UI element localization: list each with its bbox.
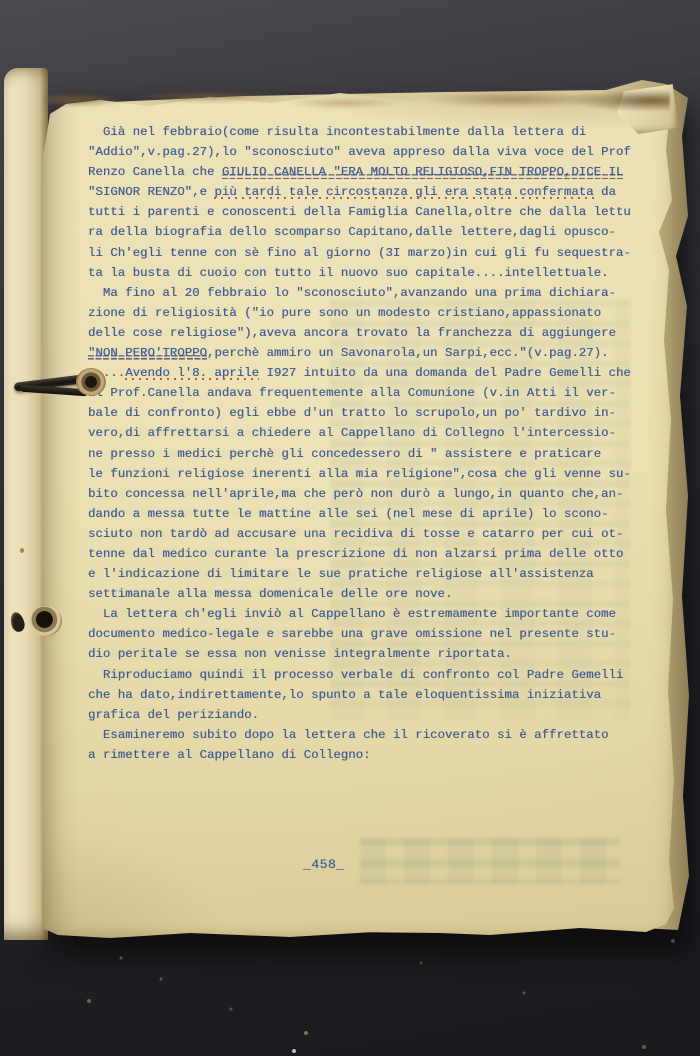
typewritten-line: sciuto non tardò ad accusare una recidiv… [88,524,648,544]
text-segment: Ma fino al 20 febbraio lo "sconosciuto",… [88,286,616,300]
text-segment: ne presso i medici perchè gli concedesse… [88,447,601,461]
text-segment: dio peritale se essa non venisse integra… [88,647,512,661]
text-segment: "SIGNOR RENZO",e [88,185,214,199]
text-segment: tenne dal medico curante la prescrizione… [88,547,623,561]
fastener-pin [9,611,27,634]
typewritten-line: che ha dato,indirettamente,lo spunto a t… [88,685,648,705]
typewritten-line: "NON PERO'TROPPO,perchè ammiro un Savona… [88,343,648,363]
typewritten-line: dio peritale se essa non venisse integra… [88,644,648,664]
text-segment: tutti i parenti e conoscenti della Famig… [88,205,631,219]
ink-speck [20,548,24,553]
typewritten-text: Già nel febbraio(come risulta incontesta… [88,122,648,765]
text-segment: bale di confronto) egli ebbe d'un tratto… [88,406,616,420]
showthrough-text-ghost [360,838,620,884]
typewritten-line: vero,di affrettarsi a chiedere al Cappel… [88,423,648,443]
text-segment: ,perchè ammiro un Savonarola,un Sarpi,ec… [207,346,609,360]
text-segment: dando a messa tutte le mattine alle sei … [88,507,609,521]
typewritten-line: delle cose religiose"),aveva ancora trov… [88,323,648,343]
text-segment: "Addio",v.pag.27),lo "sconosciuto" aveva… [88,145,631,159]
paragraph-5: Riproduciamo quindi il processo verbale … [88,665,648,725]
typewritten-line: Riproduciamo quindi il processo verbale … [88,665,648,685]
typewritten-line: ...Avendo l'8. aprile I927 intuito da un… [88,363,648,383]
text-segment: I927 intuito da una domanda del Padre Ge… [259,366,631,380]
typewritten-line: Renzo Canella che GIULIO CANELLA "ERA MO… [88,162,648,182]
book-spine-edge [4,68,48,940]
typewritten-line: e l'indicazione di limitare le sue prati… [88,564,648,584]
text-segment: sciuto non tardò ad accusare una recidiv… [88,527,623,541]
typewritten-line: "SIGNOR RENZO",e più tardi tale circosta… [88,182,648,202]
paragraph-1: Già nel febbraio(come risulta incontesta… [88,122,648,283]
text-segment: zione di religiosità ("io pure sono un m… [88,306,601,320]
typewritten-line: ne presso i medici perchè gli concedesse… [88,444,648,464]
typewritten-line: documento medico-legale e sarebbe una gr… [88,624,648,644]
typewritten-line: ra della biografia dello scomparso Capit… [88,222,648,242]
typewritten-line: li Ch'egli tenne con sè fino al giorno (… [88,243,648,263]
text-segment: e l'indicazione di limitare le sue prati… [88,567,594,581]
typewritten-line: Ma fino al 20 febbraio lo "sconosciuto",… [88,283,648,303]
paragraph-3: ...Avendo l'8. aprile I927 intuito da un… [88,363,648,604]
text-segment: delle cose religiose"),aveva ancora trov… [88,326,616,340]
text-segment: ta la busta di cuoio con tutto il nuovo … [88,266,609,280]
dust-speck [0,0,2,2]
typewritten-line: a rimettere al Cappellano di Collegno: [88,745,648,765]
typewritten-line: Esamineremo subito dopo la lettera che i… [88,725,648,745]
text-segment: vero,di affrettarsi a chiedere al Cappel… [88,426,616,440]
dotted-underlined-text: Avendo l'8. aprile [125,366,259,380]
text-segment: le funzioni religiose inerenti alla mia … [88,467,631,481]
typewritten-line: tutti i parenti e conoscenti della Famig… [88,202,648,222]
emphasized-underlined-text: GIULIO CANELLA "ERA MOLTO RELIGIOSO,FIN … [222,165,624,179]
fastener-hole [30,606,62,636]
typewritten-line: dando a messa tutte le mattine alle sei … [88,504,648,524]
text-segment: a rimettere al Cappellano di Collegno: [88,748,371,762]
text-segment: La lettera ch'egli inviò al Cappellano è… [88,607,616,621]
typewritten-line: "Addio",v.pag.27),lo "sconosciuto" aveva… [88,142,648,162]
text-segment: grafica del periziando. [88,708,259,722]
text-segment: Riproduciamo quindi il processo verbale … [88,668,623,682]
typewritten-line: bito concessa nell'aprile,ma che però no… [88,484,648,504]
binder-fastener-top [14,364,118,410]
paragraph-4: La lettera ch'egli inviò al Cappellano è… [88,604,648,664]
text-segment: bito concessa nell'aprile,ma che però no… [88,487,623,501]
text-segment: da [594,185,616,199]
text-segment: che ha dato,indirettamente,lo spunto a t… [88,688,601,702]
page-number: _458_ [303,857,345,872]
typewritten-line: zione di religiosità ("io pure sono un m… [88,303,648,323]
typewritten-line: tenne dal medico curante la prescrizione… [88,544,648,564]
text-segment: ra della biografia dello scomparso Capit… [88,225,616,239]
typewritten-line: il Prof.Canella andava frequentemente al… [88,383,648,403]
document-photo: Già nel febbraio(come risulta incontesta… [0,0,700,1056]
dotted-underlined-text: più tardi tale circostanza gli era stata… [214,185,593,199]
typewritten-line: grafica del periziando. [88,705,648,725]
typewritten-line: ta la busta di cuoio con tutto il nuovo … [88,263,648,283]
typewritten-line: Già nel febbraio(come risulta incontesta… [88,122,648,142]
text-segment: Esamineremo subito dopo la lettera che i… [88,728,609,742]
text-segment: settimanale alla messa domenicale delle … [88,587,452,601]
typewritten-line: bale di confronto) egli ebbe d'un tratto… [88,403,648,423]
paragraph-6: Esamineremo subito dopo la lettera che i… [88,725,648,765]
paragraph-2: Ma fino al 20 febbraio lo "sconosciuto",… [88,283,648,363]
fastener-hole [76,368,106,396]
typewritten-line: settimanale alla messa domenicale delle … [88,584,648,604]
text-segment: documento medico-legale e sarebbe una gr… [88,627,616,641]
typewritten-line: La lettera ch'egli inviò al Cappellano è… [88,604,648,624]
text-segment: il Prof.Canella andava frequentemente al… [88,386,616,400]
text-segment: Renzo Canella che [88,165,222,179]
binder-fastener-bottom [8,602,72,644]
text-segment: Già nel febbraio(come risulta incontesta… [88,125,586,139]
top-edge-stain [44,88,670,118]
text-segment: li Ch'egli tenne con sè fino al giorno (… [88,246,631,260]
typewritten-line: le funzioni religiose inerenti alla mia … [88,464,648,484]
emphasized-underlined-text: "NON PERO'TROPPO [88,346,207,360]
